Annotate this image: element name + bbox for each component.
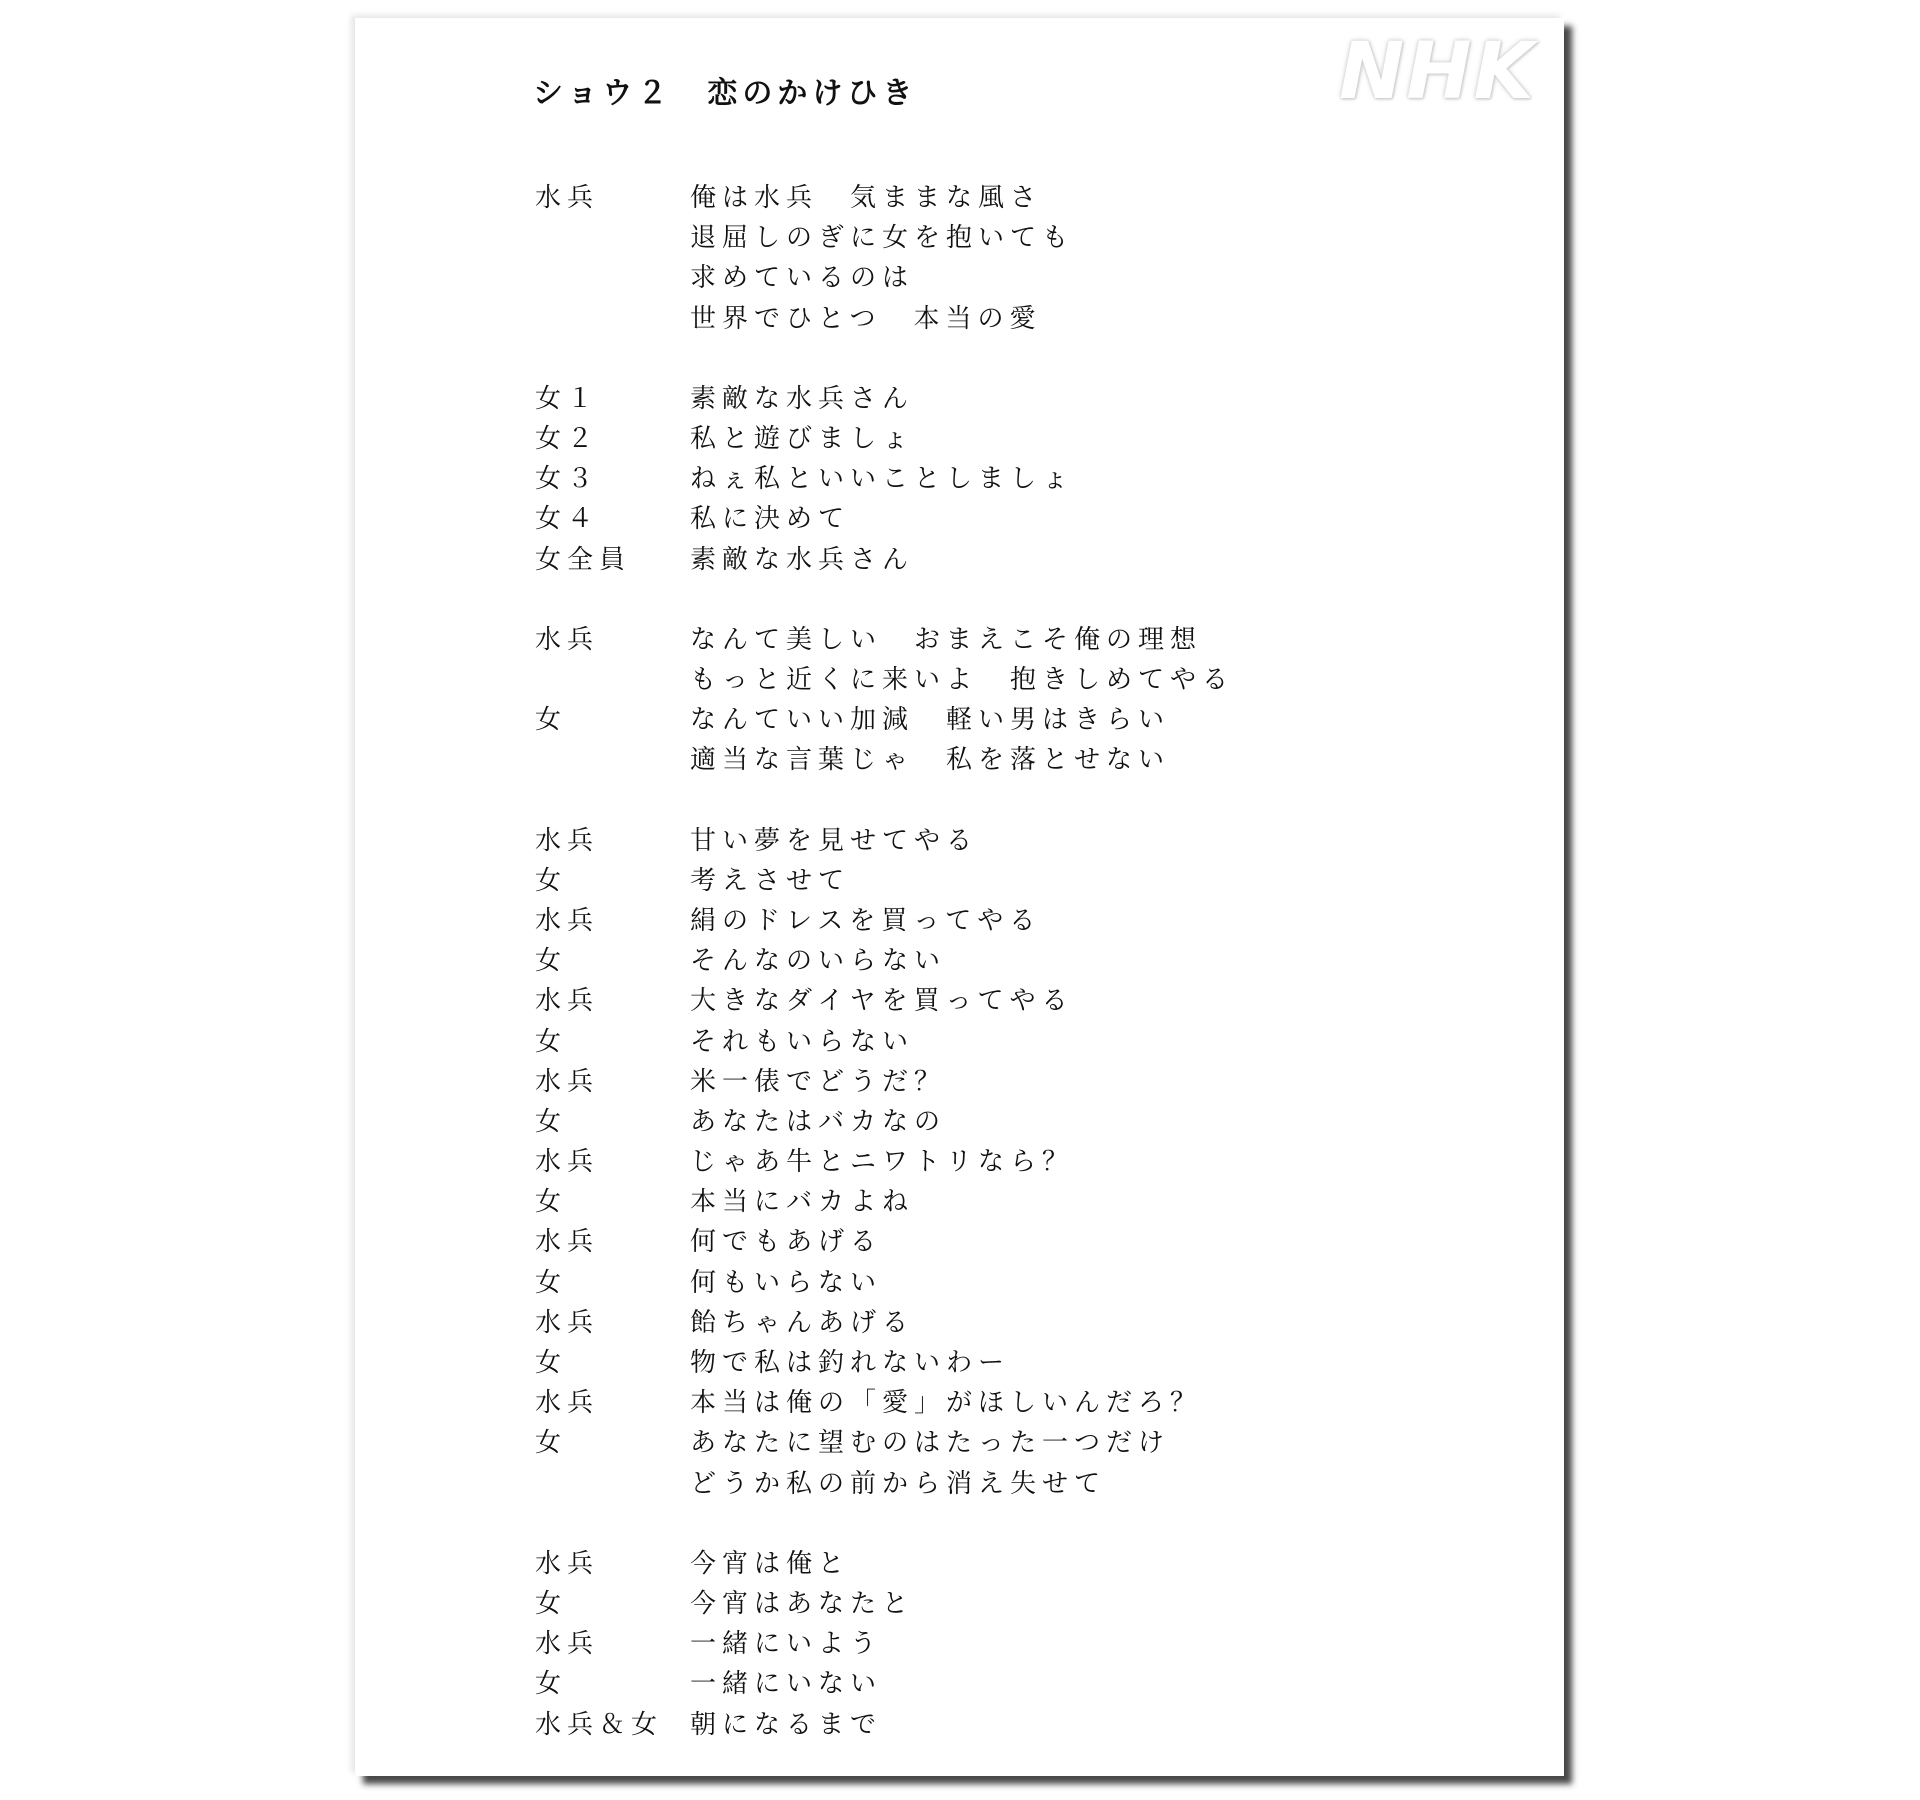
speaker-label: 水兵 (535, 178, 599, 218)
lyric-line: 一緒にいない (690, 1664, 882, 1704)
speaker-label: 水兵 (535, 981, 599, 1021)
lyric-line: 私に決めて (690, 499, 850, 539)
speaker-label: 水兵 (535, 821, 599, 861)
lyric-line: どうか私の前から消え失せて (690, 1464, 1106, 1504)
lyric-line: 私と遊びましょ (690, 419, 914, 459)
lyric-line: 甘い夢を見せてやる (690, 821, 978, 861)
speaker-label: 女４ (535, 499, 599, 539)
speaker-label: 水兵 (535, 1222, 599, 1262)
speaker-label: 水兵＆女 (535, 1705, 663, 1745)
lyric-line: 本当は俺の「愛」がほしいんだろ？ (690, 1383, 1202, 1423)
lyric-line: ねぇ私といいことしましょ (690, 459, 1074, 499)
lyric-line: 米一俵でどうだ？ (690, 1062, 946, 1102)
speaker-label: 女 (535, 1102, 567, 1142)
lyric-line: 素敵な水兵さん (690, 379, 914, 419)
speaker-label: 女 (535, 1423, 567, 1463)
speaker-label: 女 (535, 941, 567, 981)
speaker-label: 女 (535, 1584, 567, 1624)
speaker-label: 女全員 (535, 540, 631, 580)
speaker-label: 女 (535, 1664, 567, 1704)
lyric-line: それもいらない (690, 1022, 914, 1062)
speaker-label: 女３ (535, 459, 599, 499)
lyric-line: 物で私は釣れないわー (690, 1343, 1010, 1383)
speaker-label: 女 (535, 1343, 567, 1383)
lyric-line: 大きなダイヤを買ってやる (690, 981, 1073, 1021)
lyric-line: なんて美しい おまえこそ俺の理想 (690, 620, 1202, 660)
lyric-line: 求めているのは (690, 258, 914, 298)
lyric-line: 朝になるまで (690, 1705, 882, 1745)
lyric-line: 退屈しのぎに女を抱いても (690, 218, 1074, 258)
lyric-line: なんていい加減 軽い男はきらい (690, 700, 1170, 740)
lyric-line: あなたに望むのはたった一つだけ (690, 1423, 1170, 1463)
speaker-label: 水兵 (535, 901, 599, 941)
lyric-line: じゃあ牛とニワトリなら？ (690, 1142, 1074, 1182)
lyric-line: 素敵な水兵さん (690, 540, 914, 580)
lyric-line: 何でもあげる (690, 1222, 882, 1262)
nhk-logo-icon: NHK (1330, 30, 1545, 115)
lyric-line: 本当にバカよね (690, 1182, 914, 1222)
lyric-line: 今宵は俺と (690, 1544, 850, 1584)
lyric-line: そんなのいらない (690, 941, 946, 981)
speaker-label: 女２ (535, 419, 599, 459)
speaker-label: 水兵 (535, 1383, 599, 1423)
lyric-line: 今宵はあなたと (690, 1584, 914, 1624)
lyric-line: 考えさせて (690, 861, 850, 901)
speaker-label: 水兵 (535, 620, 599, 660)
lyric-line: 飴ちゃんあげる (690, 1303, 914, 1343)
lyric-line: あなたはバカなの (690, 1102, 946, 1142)
lyric-line: 絹のドレスを買ってやる (690, 901, 1041, 941)
lyric-line: 一緒にいよう (690, 1624, 882, 1664)
speaker-label: 水兵 (535, 1303, 599, 1343)
lyric-line: 何もいらない (690, 1263, 882, 1303)
lyric-line: 世界でひとつ 本当の愛 (690, 299, 1041, 339)
speaker-label: 女 (535, 861, 567, 901)
speaker-label: 女 (535, 1263, 567, 1303)
speaker-label: 水兵 (535, 1624, 599, 1664)
lyric-line: もっと近くに来いよ 抱きしめてやる (690, 660, 1234, 700)
speaker-label: 水兵 (535, 1142, 599, 1182)
speaker-label: 女 (535, 1182, 567, 1222)
page-title: ショウ２ 恋のかけひき (533, 74, 917, 114)
speaker-label: 女 (535, 700, 567, 740)
lyric-line: 適当な言葉じゃ 私を落とせない (690, 740, 1170, 780)
lyric-line: 俺は水兵 気ままな風さ (690, 178, 1042, 218)
speaker-label: 水兵 (535, 1062, 599, 1102)
speaker-label: 女１ (535, 379, 599, 419)
speaker-label: 女 (535, 1022, 567, 1062)
speaker-label: 水兵 (535, 1544, 599, 1584)
